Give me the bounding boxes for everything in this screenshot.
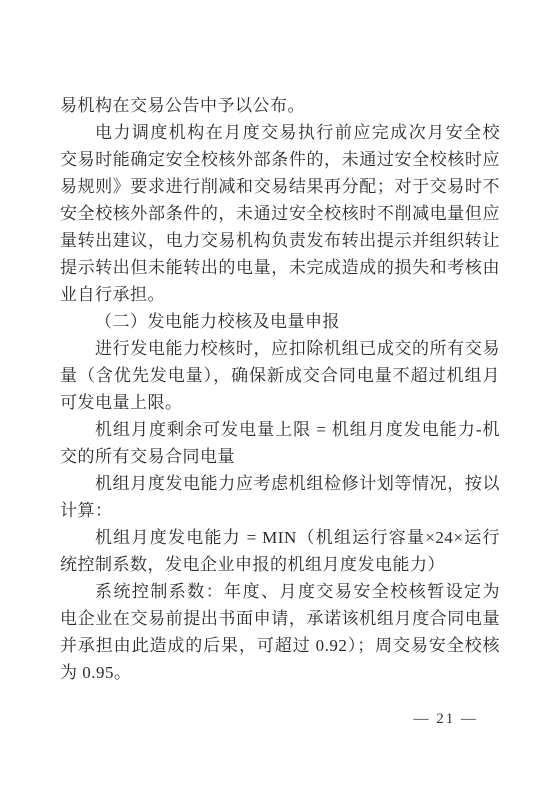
text-line: 为 0.95。 xyxy=(60,659,500,686)
text-line: 易规则》要求进行削减和交易结果再分配；对于交易时不能确定 xyxy=(60,173,500,200)
page-number: — 21 — xyxy=(414,711,479,728)
text-line: 交易时能确定安全校核外部条件的，未通过安全校核时应按《交 xyxy=(60,146,500,173)
text-line: 进行发电能力校核时，应扣除机组已成交的所有交易合同电 xyxy=(60,335,500,362)
text-line: 业自行承担。 xyxy=(60,281,500,308)
formula-line: 机组月度发电能力 = MIN（机组运行容量×24×运行天数×系 xyxy=(60,524,500,551)
text-line: 可发电量上限。 xyxy=(60,389,500,416)
formula-line: 统控制系数，发电企业申报的机组月度发电能力） xyxy=(60,551,500,578)
text-line: 量（含优先发电量），确保新成交合同电量不超过机组月度剩余 xyxy=(60,362,500,389)
document-page: 易机构在交易公告中予以公布。 电力调度机构在月度交易执行前应完成次月安全校核。对… xyxy=(0,0,560,792)
text-line: 电力调度机构在月度交易执行前应完成次月安全校核。对于 xyxy=(60,119,500,146)
text-line: 机组月度发电能力应考虑机组检修计划等情况，按以下公式 xyxy=(60,470,500,497)
text-line: 提示转出但未能转出的电量，未完成造成的损失和考核由发电企 xyxy=(60,254,500,281)
text-line: 安全校核外部条件的，未通过安全校核时不削减电量但应给出电 xyxy=(60,200,500,227)
formula-line: 交的所有交易合同电量 xyxy=(60,443,500,470)
text-line: 并承担由此造成的后果，可超过 0.92）；周交易安全校核暂设定 xyxy=(60,632,500,659)
formula-line: 机组月度剩余可发电量上限 = 机组月度发电能力-机组已成 xyxy=(60,416,500,443)
text-line: 易机构在交易公告中予以公布。 xyxy=(60,92,500,119)
text-line: 电企业在交易前提出书面申请，承诺该机组月度合同电量不转出 xyxy=(60,605,500,632)
section-heading: （二）发电能力校核及电量申报 xyxy=(60,308,500,335)
text-line: 量转出建议，电力交易机构负责发布转出提示并组织转让交易。 xyxy=(60,227,500,254)
document-text-block: 易机构在交易公告中予以公布。 电力调度机构在月度交易执行前应完成次月安全校核。对… xyxy=(60,92,500,686)
text-line: 系统控制系数：年度、月度交易安全校核暂设定为 0.92（发 xyxy=(60,578,500,605)
text-line: 计算： xyxy=(60,497,500,524)
